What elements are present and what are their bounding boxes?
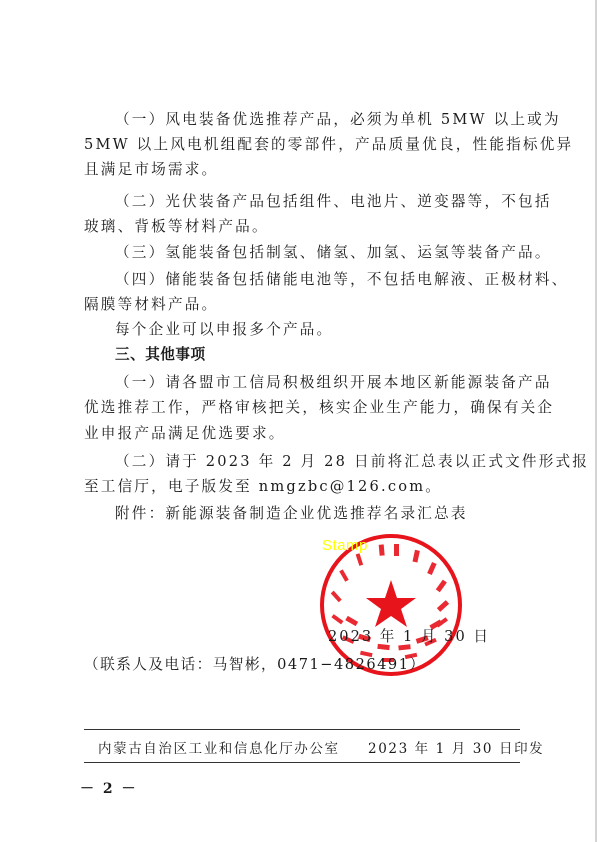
page-number: － 2 － [80, 778, 138, 798]
footer-issue-date: 2023 年 1 月 30 日印发 [368, 737, 544, 757]
section-paragraph-1-line-2: 优选推荐工作，严格审核把关，核实企业生产能力，确保有关企 [84, 399, 520, 417]
paragraph-wind-line-1: （一）风电装备优选推荐产品，必须为单机 5MW 以上或为 [115, 111, 520, 129]
paragraph-wind-line-3: 且满足市场需求。 [84, 161, 520, 179]
paragraph-wind-line-2: 5MW 以上风电机组配套的零部件，产品质量优良，性能指标优异 [84, 136, 520, 154]
section-heading: 三、其他事项 [115, 346, 520, 364]
paragraph-solar-line-1: （二）光伏装备产品包括组件、电池片、逆变器等，不包括 [115, 193, 520, 211]
contact-info: （联系人及电话：马智彬，0471−4826491） [84, 653, 426, 674]
paragraph-hydrogen: （三）氢能装备包括制氢、储氢、加氢、运氢等装备产品。 [115, 244, 520, 262]
section-paragraph-2-line-1: （二）请于 2023 年 2 月 28 日前将汇总表以正式文件形式报 [115, 453, 520, 471]
footer-bottom-rule [84, 762, 520, 763]
paragraph-solar-line-2: 玻璃、背板等材料产品。 [84, 218, 520, 236]
signature-date: 2023 年 1 月 30 日 [328, 625, 490, 646]
section-paragraph-1-line-3: 业申报产品满足优选要求。 [84, 425, 520, 443]
paragraph-multiple-products: 每个企业可以申报多个产品。 [115, 321, 520, 339]
stamp-annotation-label: Stamp [322, 537, 368, 554]
section-paragraph-1-line-1: （一）请各盟市工信局积极组织开展本地区新能源装备产品 [115, 374, 520, 392]
section-paragraph-2-line-2: 至工信厅，电子版发至 nmgzbc@126.com。 [84, 478, 520, 496]
footer-top-rule [84, 729, 520, 730]
paragraph-storage-line-1: （四）储能装备包括储能电池等，不包括电解液、正极材料、 [115, 271, 520, 289]
paragraph-storage-line-2: 隔膜等材料产品。 [84, 296, 520, 314]
attachment-line: 附件：新能源装备制造企业优选推荐名录汇总表 [115, 505, 520, 523]
footer-issuer: 内蒙古自治区工业和信息化厅办公室 [98, 737, 340, 757]
